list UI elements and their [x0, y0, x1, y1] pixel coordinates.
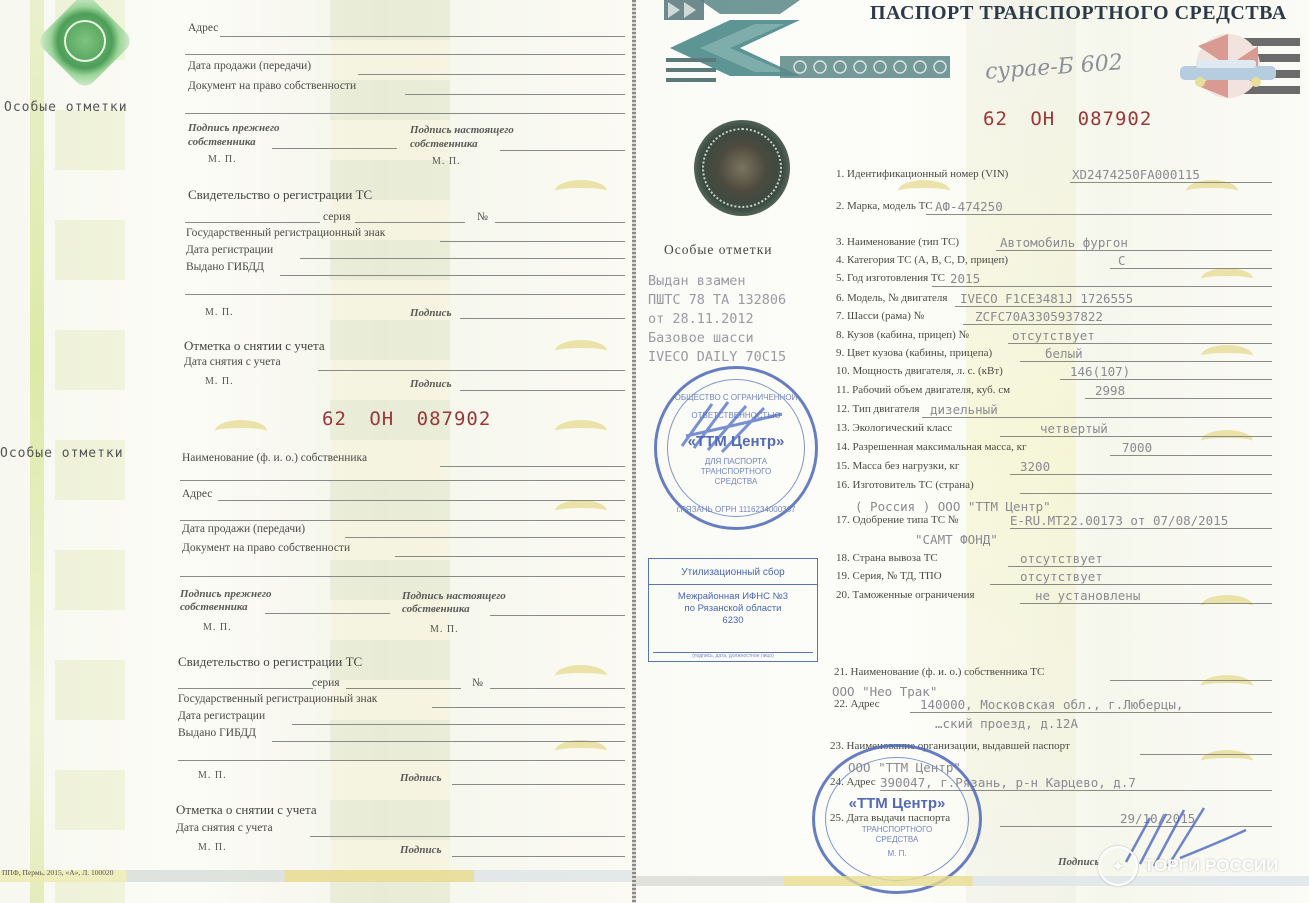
field-label: 13. Экологический класс — [836, 422, 952, 434]
issued-by-label: Выдано ГИБДД — [186, 261, 264, 273]
fee-office-region: по Рязанской области — [649, 603, 817, 615]
field-value: отсутствует — [1012, 328, 1095, 343]
field-line — [1110, 680, 1272, 681]
stamp-place-label: М. П. — [205, 376, 234, 387]
owner-name-field — [440, 466, 625, 467]
reg-date-label: Дата регистрации — [186, 244, 273, 256]
registration-certificate-label: Свидетельство о регистрации ТС — [178, 654, 362, 670]
field-label: 17. Одобрение типа ТС № — [836, 514, 958, 526]
prev-owner-signature-field — [265, 613, 390, 614]
chevron-ornament-icon — [555, 665, 607, 687]
stamp-inner-text: ТРАНСПОРТНОГО — [657, 467, 815, 477]
number-label: № — [477, 211, 488, 223]
field-line — [1020, 361, 1272, 362]
watermark-logo-icon: ✦ — [1098, 846, 1138, 886]
signature-field — [452, 856, 625, 857]
field-value: отсутствует — [1020, 569, 1103, 584]
field-line — [1110, 268, 1272, 269]
fee-code: 6230 — [649, 615, 817, 627]
field-value: ZCFC70A3305937822 — [975, 309, 1103, 324]
field-label: 12. Тип двигателя — [836, 403, 920, 415]
field-line — [1008, 566, 1272, 567]
field-value: 140000, Московская обл., г.Люберцы, — [920, 697, 1183, 712]
field-line — [1010, 528, 1272, 529]
field-line — [1110, 455, 1272, 456]
serial-number: 62 ОН 087902 — [983, 108, 1152, 130]
ownership-doc-field-line2 — [180, 576, 625, 577]
stamp-place-label: М. П. — [198, 770, 227, 781]
ownership-doc-label: Документ на право собственности — [188, 80, 356, 92]
recycling-fee-stamp: Утилизационный сбор Межрайонная ИФНС №3 … — [648, 558, 818, 662]
serial-number: 62 ОН 087902 — [322, 408, 491, 430]
deregistration-date-field — [310, 836, 625, 837]
field-value: не установлены — [1035, 588, 1140, 603]
field-label: 1. Идентификационный номер (VIN) — [836, 168, 1008, 180]
issued-by-field — [280, 275, 625, 276]
field-label: 18. Страна вывоза ТС — [836, 552, 938, 564]
watermark: ✦ ТОРГИ РОССИИ — [1098, 846, 1278, 886]
prev-owner-signature-label-2: собственника — [180, 601, 248, 613]
field-value: белый — [1045, 346, 1083, 361]
field-line — [1008, 343, 1272, 344]
field-label: 3. Наименование (тип ТС) — [836, 236, 959, 248]
special-marks-line: ПШТС 78 ТА 132806 — [648, 291, 786, 310]
company-stamp-bottom: «ТТМ Центр» ТРАНСПОРТНОГО СРЕДСТВА М. П. — [812, 744, 982, 894]
chevron-ornament-icon — [215, 420, 267, 442]
stamp-place-label: М. П. — [430, 624, 459, 635]
sale-date-field — [345, 537, 625, 538]
address-field-line2 — [180, 520, 625, 521]
series-label: серия — [312, 677, 340, 689]
passport-left-page: Особые отметки Особые отметки Адрес Дата… — [0, 0, 632, 903]
prev-owner-signature-label: Подпись прежнего — [188, 122, 280, 134]
field-value: 146(107) — [1070, 364, 1130, 379]
field-value-line2: …ский проезд, д.12А — [935, 716, 1078, 731]
field-label: 11. Рабочий объем двигателя, куб. см — [836, 384, 1010, 396]
field-label: 8. Кузов (кабина, прицеп) № — [836, 329, 969, 341]
plate-field — [440, 241, 625, 242]
stamp-place-label: М. П. — [198, 842, 227, 853]
field-label: 10. Мощность двигателя, л. с. (кВт) — [836, 365, 1003, 377]
reg-cert-field — [185, 222, 320, 223]
field-label: 19. Серия, № ТД, ТПО — [836, 570, 942, 582]
fee-office: Межрайонная ИФНС №3 — [649, 585, 817, 603]
field-label: 14. Разрешенная максимальная масса, кг — [836, 441, 1027, 453]
stamp-place-label: М. П. — [203, 622, 232, 633]
special-marks-line: IVECO DAILY 70C15 — [648, 348, 786, 367]
field-value: ( Россия ) ООО "ТТМ Центр" — [855, 499, 1051, 514]
sale-date-field — [358, 74, 625, 75]
field-label: 5. Год изготовления ТС — [836, 272, 945, 284]
curr-owner-signature-field — [490, 615, 625, 616]
number-label: № — [472, 677, 483, 689]
chevron-ornament-icon — [555, 740, 607, 762]
field-label: 15. Масса без нагрузки, кг — [836, 460, 959, 472]
stamp-place-label: М. П. — [815, 849, 979, 859]
plate-label: Государственный регистрационный знак — [178, 693, 377, 705]
reg-cert-field — [178, 688, 313, 689]
stamp-company-name: «ТТМ Центр» — [815, 795, 979, 812]
field-line — [1140, 754, 1272, 755]
address-field — [218, 500, 625, 501]
field-label: 16. Изготовитель ТС (страна) — [836, 479, 974, 491]
field-line — [1060, 379, 1272, 380]
special-marks-label: Особые отметки — [664, 242, 773, 258]
address-field — [220, 36, 625, 37]
deregistration-date-field — [318, 370, 625, 371]
field-label: 20. Таможенные ограничения — [836, 589, 975, 601]
printer-note: ППФ, Пермь, 2015, «А», Л. 100020 — [2, 868, 114, 877]
field-line — [932, 286, 1272, 287]
deregistration-date-label: Дата снятия с учета — [184, 356, 281, 368]
field-label: 22. Адрес — [834, 698, 880, 710]
issued-by-field — [272, 741, 625, 742]
special-marks-label: Особые отметки — [4, 100, 128, 115]
field-label: 2. Марка, модель ТС — [836, 200, 933, 212]
field-value: XD2474250FA000115 — [1072, 167, 1200, 182]
chevron-ornament-icon — [1201, 430, 1253, 452]
stamp-inner-text: ДЛЯ ПАСПОРТА — [657, 457, 815, 467]
sale-date-label: Дата продажи (передачи) — [182, 523, 305, 535]
series-field — [355, 222, 465, 223]
field-value: 2998 — [1095, 383, 1125, 398]
signature-label: Подпись — [410, 378, 452, 390]
field-value: 3200 — [1020, 459, 1050, 474]
field-value: АФ-474250 — [935, 199, 1003, 214]
stamp-place-label: М. П. — [205, 307, 234, 318]
special-marks-line: Базовое шасси — [648, 329, 786, 348]
field-label: 6. Модель, № двигателя — [836, 292, 947, 304]
curr-owner-signature-label: Подпись настоящего — [402, 590, 506, 602]
field-line — [996, 250, 1272, 251]
chevron-ornament-icon — [1201, 345, 1253, 367]
field-line — [910, 712, 1272, 713]
fee-title: Утилизационный сбор — [649, 559, 817, 585]
plate-label: Государственный регистрационный знак — [186, 227, 385, 239]
field-value: отсутствует — [1020, 551, 1103, 566]
field-value: четвертый — [1040, 421, 1108, 436]
field-line — [1070, 182, 1272, 183]
chevron-ornament-icon — [555, 500, 607, 522]
issued-by-field-line2 — [178, 760, 625, 761]
reg-date-label: Дата регистрации — [178, 710, 265, 722]
field-line — [963, 324, 1272, 325]
chevron-ornament-icon — [1201, 595, 1253, 617]
signature-field — [460, 390, 625, 391]
chevron-ornament-icon — [555, 340, 607, 362]
special-marks-line: от 28.11.2012 — [648, 310, 786, 329]
field-line — [955, 306, 1272, 307]
reg-date-field — [300, 258, 625, 259]
owner-name-field-line2 — [180, 480, 625, 481]
stamp-place-label: М. П. — [208, 154, 237, 165]
car-emblem-icon — [1178, 32, 1300, 100]
field-label: 9. Цвет кузова (кабины, прицепа) — [836, 347, 992, 359]
prev-owner-signature-label: Подпись прежнего — [180, 588, 272, 600]
issued-by-label: Выдано ГИБДД — [178, 727, 256, 739]
curr-owner-signature-label: Подпись настоящего — [410, 124, 514, 136]
chevron-ornament-icon — [1186, 180, 1238, 202]
signature-label: Подпись — [1058, 856, 1100, 868]
curr-owner-signature-field — [500, 150, 625, 151]
special-marks-line: Выдан взамен — [648, 272, 786, 291]
stamp-place-label: М. П. — [432, 156, 461, 167]
field-value: 2015 — [950, 271, 980, 286]
signature-label: Подпись — [400, 772, 442, 784]
chevron-ornament-icon — [555, 180, 607, 202]
reg-date-field — [292, 724, 625, 725]
field-value: IVECO F1CE3481J 1726555 — [960, 291, 1133, 306]
number-field — [495, 222, 625, 223]
passport-title: ПАСПОРТ ТРАНСПОРТНОГО СРЕДСТВА — [870, 2, 1287, 25]
field-value: дизельный — [930, 402, 998, 417]
address-label: Адрес — [182, 488, 212, 500]
field-label: 4. Категория ТС (A, B, C, D, прицеп) — [836, 254, 1008, 266]
stamp-bottom-text: г.РЯЗАНЬ ОГРН 1116234000367 — [657, 505, 815, 515]
series-field — [346, 688, 461, 689]
field-line — [922, 417, 1272, 418]
ownership-doc-field — [395, 556, 625, 557]
field-value: 7000 — [1122, 440, 1152, 455]
fee-footnote: (подпись, дата, должностное лицо) — [653, 652, 813, 659]
signature-scribble-icon — [672, 396, 792, 456]
chevron-ornament-icon — [1201, 675, 1253, 697]
deregistration-date-label: Дата снятия с учета — [176, 822, 273, 834]
field-label: 7. Шасси (рама) № — [836, 310, 924, 322]
field-value: E-RU.MT22.00173 от 07/08/2015 — [1010, 513, 1228, 528]
signature-field — [452, 784, 625, 785]
number-field — [490, 688, 625, 689]
field-line — [1020, 603, 1272, 604]
owner-name-label: Наименование (ф. и. о.) собственника — [182, 452, 367, 464]
series-label: серия — [323, 211, 351, 223]
stamp-inner-text: ТРАНСПОРТНОГО — [815, 825, 979, 835]
field-value: Автомобиль фургон — [1000, 235, 1128, 250]
prev-owner-signature-field — [272, 148, 397, 149]
field-value: C — [1118, 253, 1126, 268]
field-line — [990, 584, 1272, 585]
curr-owner-signature-label-2: собственника — [402, 603, 470, 615]
state-emblem-icon — [694, 120, 790, 216]
ownership-doc-field — [405, 94, 625, 95]
ownership-doc-field-line2 — [185, 113, 625, 114]
deregistration-mark-label: Отметка о снятии с учета — [176, 802, 317, 818]
watermark-text: ТОРГИ РОССИИ — [1144, 856, 1278, 876]
ownership-doc-label: Документ на право собственности — [182, 542, 350, 554]
sale-date-label: Дата продажи (передачи) — [188, 60, 311, 72]
field-line — [926, 214, 1272, 215]
stamp-inner-text: СРЕДСТВА — [815, 835, 979, 845]
special-marks-label: Особые отметки — [0, 446, 124, 461]
field-label: 21. Наименование (ф. и. о.) собственника… — [834, 666, 1044, 678]
address-field-line2 — [185, 54, 625, 55]
signature-label: Подпись — [400, 844, 442, 856]
signature-field — [460, 318, 625, 319]
special-marks-text: Выдан взамен ПШТС 78 ТА 132806 от 28.11.… — [648, 272, 786, 367]
curr-owner-signature-label-2: собственника — [410, 138, 478, 150]
signature-label: Подпись — [410, 307, 452, 319]
field-line — [1085, 398, 1272, 399]
field-line — [1010, 474, 1272, 475]
field-line — [1020, 493, 1272, 494]
issued-by-field-line2 — [185, 294, 625, 295]
field-value-extra: "САМТ ФОНД" — [915, 532, 998, 547]
address-label: Адрес — [188, 22, 218, 34]
plate-field — [432, 707, 625, 708]
field-line — [1000, 436, 1272, 437]
stamp-inner-text: СРЕДСТВА — [657, 477, 815, 487]
chevron-ornament-icon — [555, 420, 607, 442]
deregistration-mark-label: Отметка о снятии с учета — [184, 338, 325, 354]
registration-certificate-label: Свидетельство о регистрации ТС — [188, 187, 372, 203]
prev-owner-signature-label-2: собственника — [188, 136, 256, 148]
